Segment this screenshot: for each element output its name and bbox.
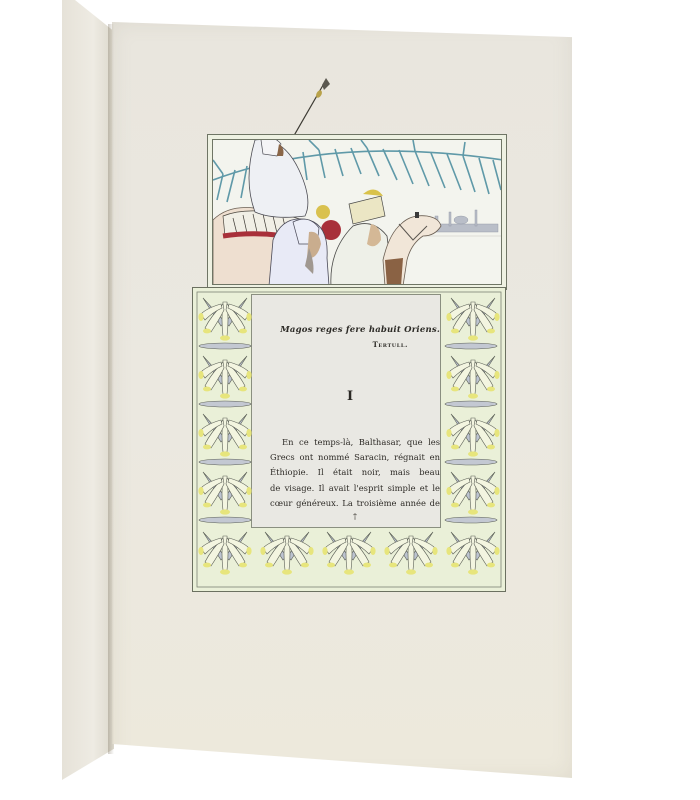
epigraph-attribution: Tertull. [300, 340, 408, 349]
gutter-shadow [108, 24, 114, 754]
body-line: En ce temps-là, Balthasar, que les [270, 435, 440, 450]
body-line: Grecs ont nommé Saracin, régnait en [270, 450, 440, 465]
body-line: de visage. Il avait l'esprit simple et l… [270, 481, 440, 496]
magi-illustration [207, 134, 507, 290]
book-flyleaf [62, 0, 114, 780]
catchword-mark: † [353, 512, 357, 521]
chapter-number: I [340, 389, 360, 404]
illustration-inner [212, 139, 502, 285]
body-paragraph: En ce temps-là, Balthasar, que les Grecs… [270, 435, 440, 511]
body-line: cœur généreux. La troisième année de [270, 496, 440, 511]
epigraph-quote: Magos reges fere habuit Oriens. [262, 325, 440, 335]
magi-scene-drawing [213, 140, 502, 285]
body-line: Éthiopie. Il était noir, mais beau [270, 465, 440, 480]
